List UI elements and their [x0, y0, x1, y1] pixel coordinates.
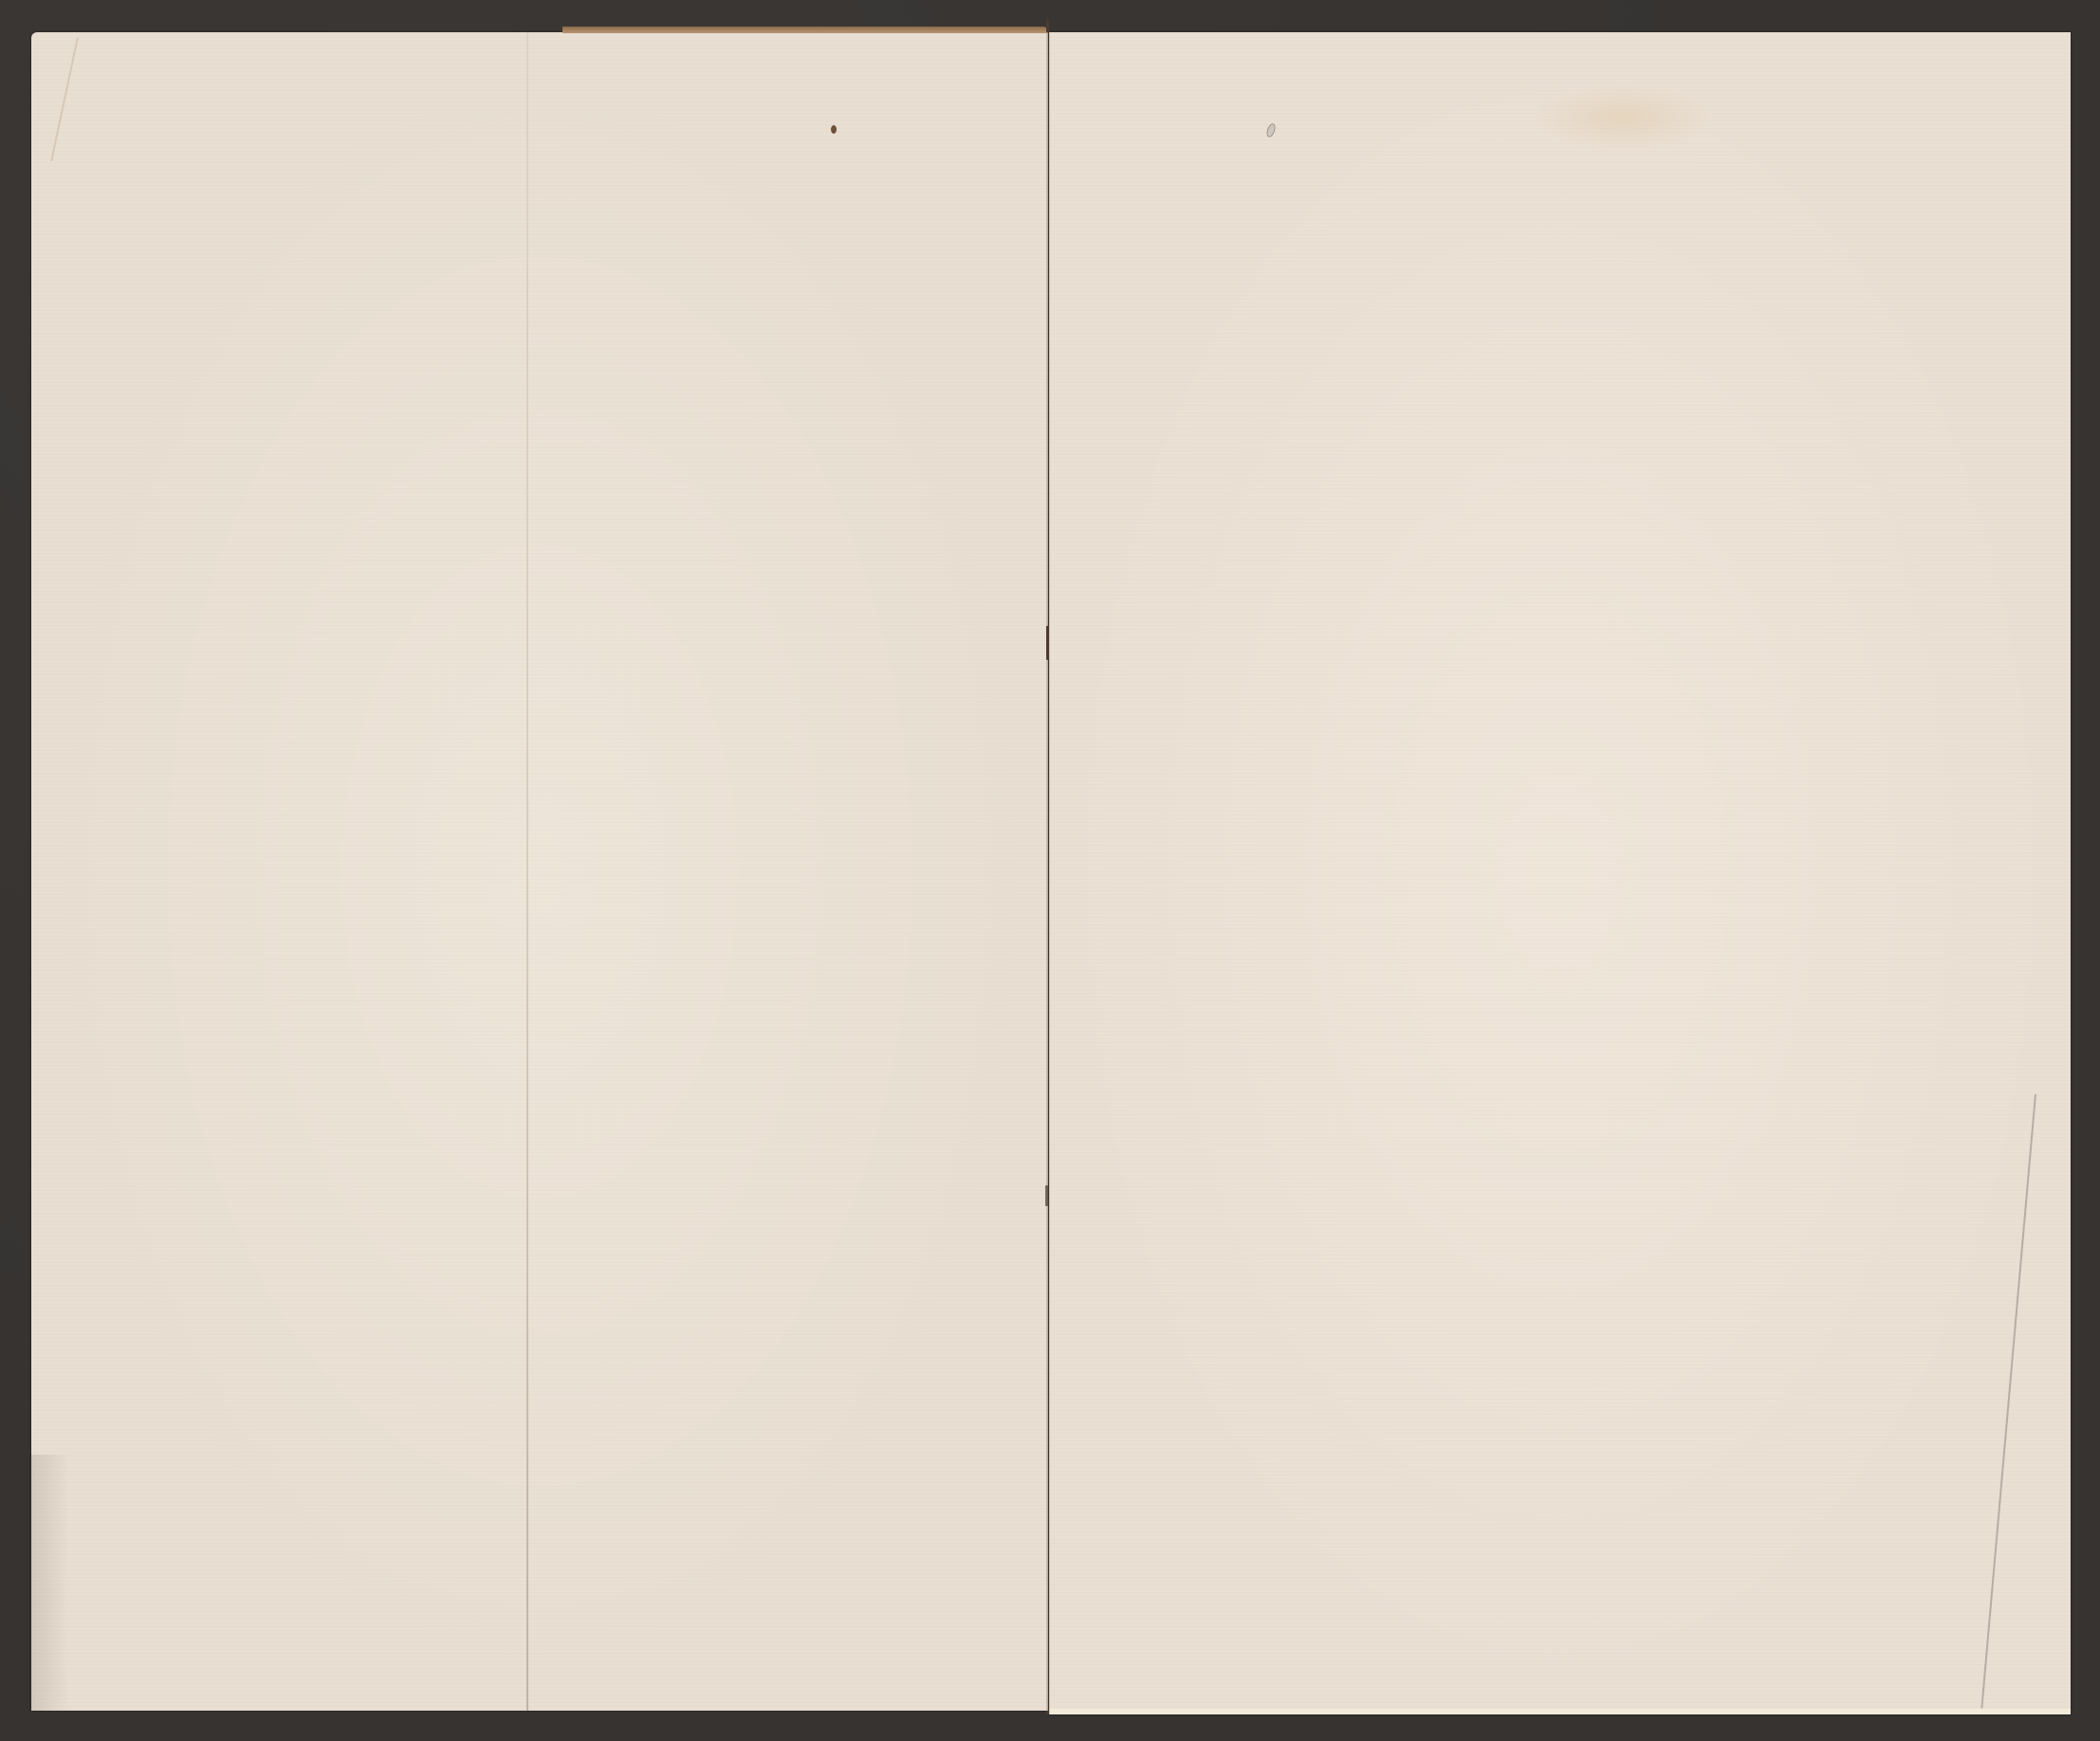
left-page — [31, 32, 1048, 1711]
page-bottom-edge — [1049, 1709, 2071, 1714]
stitch-mark — [1045, 1185, 1048, 1206]
corner-crease — [22, 38, 79, 161]
erased-stain — [1533, 84, 1713, 151]
edge-stain — [31, 1455, 69, 1711]
stitch-mark — [1046, 19, 1049, 32]
ink-speck — [831, 125, 837, 134]
edge-crease — [1980, 1094, 2036, 1709]
page-top-edge — [562, 27, 1048, 33]
binding-gutter — [1046, 32, 1050, 1714]
right-page — [1049, 32, 2071, 1714]
fold-line — [526, 32, 528, 1711]
stitch-mark — [1046, 626, 1049, 660]
